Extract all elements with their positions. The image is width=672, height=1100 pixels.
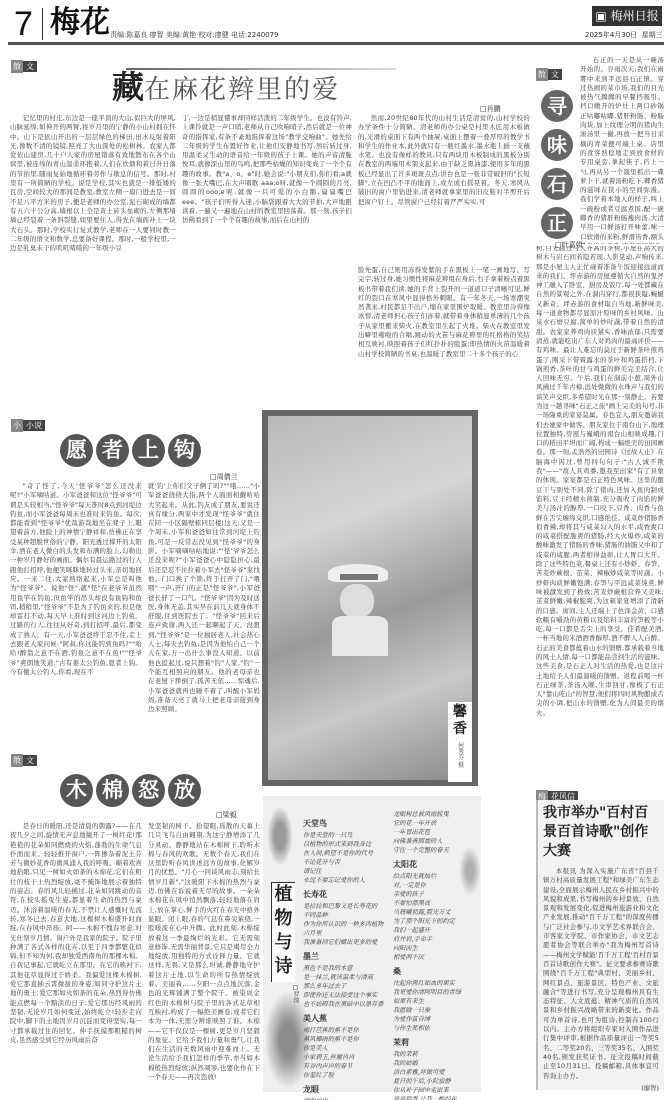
poem: 墨兰 黑色不是我的本意是一抹兰,就该温柔与清高那么多年过去了即使你还无法接受这个… — [303, 951, 387, 1009]
photo-girl-in-flowers[interactable] — [268, 416, 472, 780]
shirt-shape — [332, 616, 388, 656]
article1-title: 藏在麻花辫里的爱 — [112, 62, 412, 98]
section-title: 梅花 — [50, 4, 110, 42]
news-text: 本报讯 为深入实施广东省"百县千镇万村高质量发展工程"和绿美广东生态建设,全面展… — [543, 867, 659, 1081]
poem: 太阳花 给点阳光就灿烂对,一定是你亲爱的孩子不要怕那黑夜当晨曦初露,霞光万丈为了… — [393, 859, 473, 962]
article3-column-2: 就'钓'上你们父子俩了吗?""哦……"小军爸爸挠挠大指,两个人面面相觑哈哈大笑起… — [148, 482, 260, 714]
article3-byline: □周倩兰 — [210, 472, 238, 482]
article1-column-3: 然而,20世纪80年代的山村生活是清贫的,山村学校的办学条件十分简陋。清老师的办… — [358, 114, 530, 264]
news-footer: (廖智) — [543, 1083, 659, 1092]
poem: 茉莉 我的茉莉我的姑娘洁白素雅,坏做可爱夏日的午后,小院寂静你从补子园中走出来盈… — [393, 1037, 473, 1100]
article1-tag: 散文 — [11, 54, 37, 73]
news-headline: 我市举办"百村百景百首诗歌"创作大赛 — [543, 804, 659, 861]
article4-tag: 散文 — [11, 748, 37, 767]
poems-byline: □罗琼 — [291, 984, 300, 1003]
article1-column-4: 脸先蛋,自己则用冻得发紫的手在黑板上一笔一画地写。写完字,转过身,她习惯性将麻花… — [358, 266, 530, 386]
article2-text-top: 石正的一天是从一碗汤开始的。谷雨次天,我们在雨雾中来到平远县石正镇。穿过热闹的菜… — [580, 56, 664, 244]
poems-column-2: 龙眼树总被风雨摇曳它的花一年开放一年冒出花苞向佛兼善圆寰的人守住一个完整的春天 … — [393, 810, 473, 1100]
title-underline-decoration — [126, 68, 396, 70]
poems-column-1: 天堂鸟 你是天堂的一只鸟以植物的形式来到我身边在人间,鹤望不是你的代号不论花开与… — [303, 814, 387, 1100]
article3-column-1: "奇了怪了,今天'怪爷爷'怎么还没来呢?"小军嘀咕道。小军爸爸和这位"怪爷爷"可… — [10, 482, 142, 714]
header-divider — [42, 8, 43, 40]
poems-section-title: 植 物 与 诗 — [271, 882, 295, 982]
poem: 桑 比起你黑红如血的果实我更爱你清阿明目的青绿如果有来生我愿做一只蚕为爱作茧自缚… — [393, 966, 473, 1033]
photo-frame: 馨 香 何秀芬 摄 — [262, 410, 478, 786]
poems-panel: 植 物 与 诗 □罗琼 天堂鸟 你是天堂的一只鸟以植物的形式来到我身边在人间,鹤… — [263, 796, 481, 1092]
issue-date: 2025年4月30日 星期三 — [585, 30, 663, 40]
article3-tag: 小小说 — [11, 413, 45, 432]
leaf-decoration-icon — [267, 806, 293, 866]
photo-caption-box: 馨 香 何秀芬 摄 — [448, 702, 472, 782]
hat-band — [340, 574, 378, 580]
article4-byline: □梁毅 — [216, 810, 237, 820]
editor-credits: 责编:陈嘉良 廖智 美编:黄艳 校对:廖健 电话:2240079 — [110, 30, 279, 40]
poem-continued: 龙眼树总被风雨摇曳它的花一年开放一年冒出花苞向佛兼善圆寰的人守住一个完整的春天 — [393, 810, 473, 855]
header-rule — [8, 42, 664, 45]
page-number: 7 — [14, 6, 33, 42]
article2-text-body-wrap: 石正的一天是从一碗汤开始的。谷雨次天,我们在雨雾中来到平远县石正镇。穿过热闹的菜… — [536, 246, 664, 768]
book-icon: ▣ — [595, 9, 606, 23]
article2-title: 寻 味 石 正 — [541, 90, 575, 246]
article4-column-1: 是春日的暖阳,还是清晨的朝露?——在几夜几夕之间,旋情无声息地撞开了一树红花!那… — [10, 822, 142, 1092]
article2-tag: 散文 — [536, 62, 562, 81]
article4-column-2: 发坚韧的树干。抬望眼,瑶散的天幕上几只飞鸟自由翱翔,为这宁静增添了几分灵动。静静… — [148, 822, 260, 1092]
article2-text-continued: 石正的一天是从一碗汤开始的。谷雨次天,我们在雨雾中来到平远县石正镇。穿过热闹的菜… — [536, 246, 664, 718]
article1-column-2: 丁,一边是稍显懂事却同样活泼的二年级学生。也没有铃声,上课铃就是一声口哨,老师从… — [182, 114, 352, 386]
article4-title: 木棉怒放 — [60, 774, 204, 807]
article3-title: 愿者上钩 — [60, 434, 204, 467]
poem: 长寿花 是拉拉和巴黎又是长寿花的不同品种作为你所认识的一种多肉植物六月里我准备回… — [303, 889, 387, 947]
article1-byline: □肖鹏 — [480, 104, 501, 114]
news-box: 我市举办"百村百景百首诗歌"创作大赛 本报讯 为深入实施广东省"百县千镇万村高质… — [536, 800, 664, 1090]
newspaper-logo: ▣ 梅州日报 — [592, 6, 662, 26]
poem: 天堂鸟 你是天堂的一只鸟以植物的形式来到我身边在人间,鹤望不是你的代号不论花开与… — [303, 818, 387, 885]
face-shape — [340, 584, 374, 618]
poem: 龙眼 清明前内 — [303, 1084, 387, 1100]
poem: 美人蕉 雨打芭蕉的蕉不是你蕉风椰雨的蕉不是你你是美人小家碧玉,丝履冉冉有谷内声声… — [303, 1013, 387, 1080]
article1-column-1: 记忆里的村庄,东边是一座平顶的大山,似巨大的屏风,山脉延绵,如伸开的两臂,将岁月… — [10, 114, 176, 386]
